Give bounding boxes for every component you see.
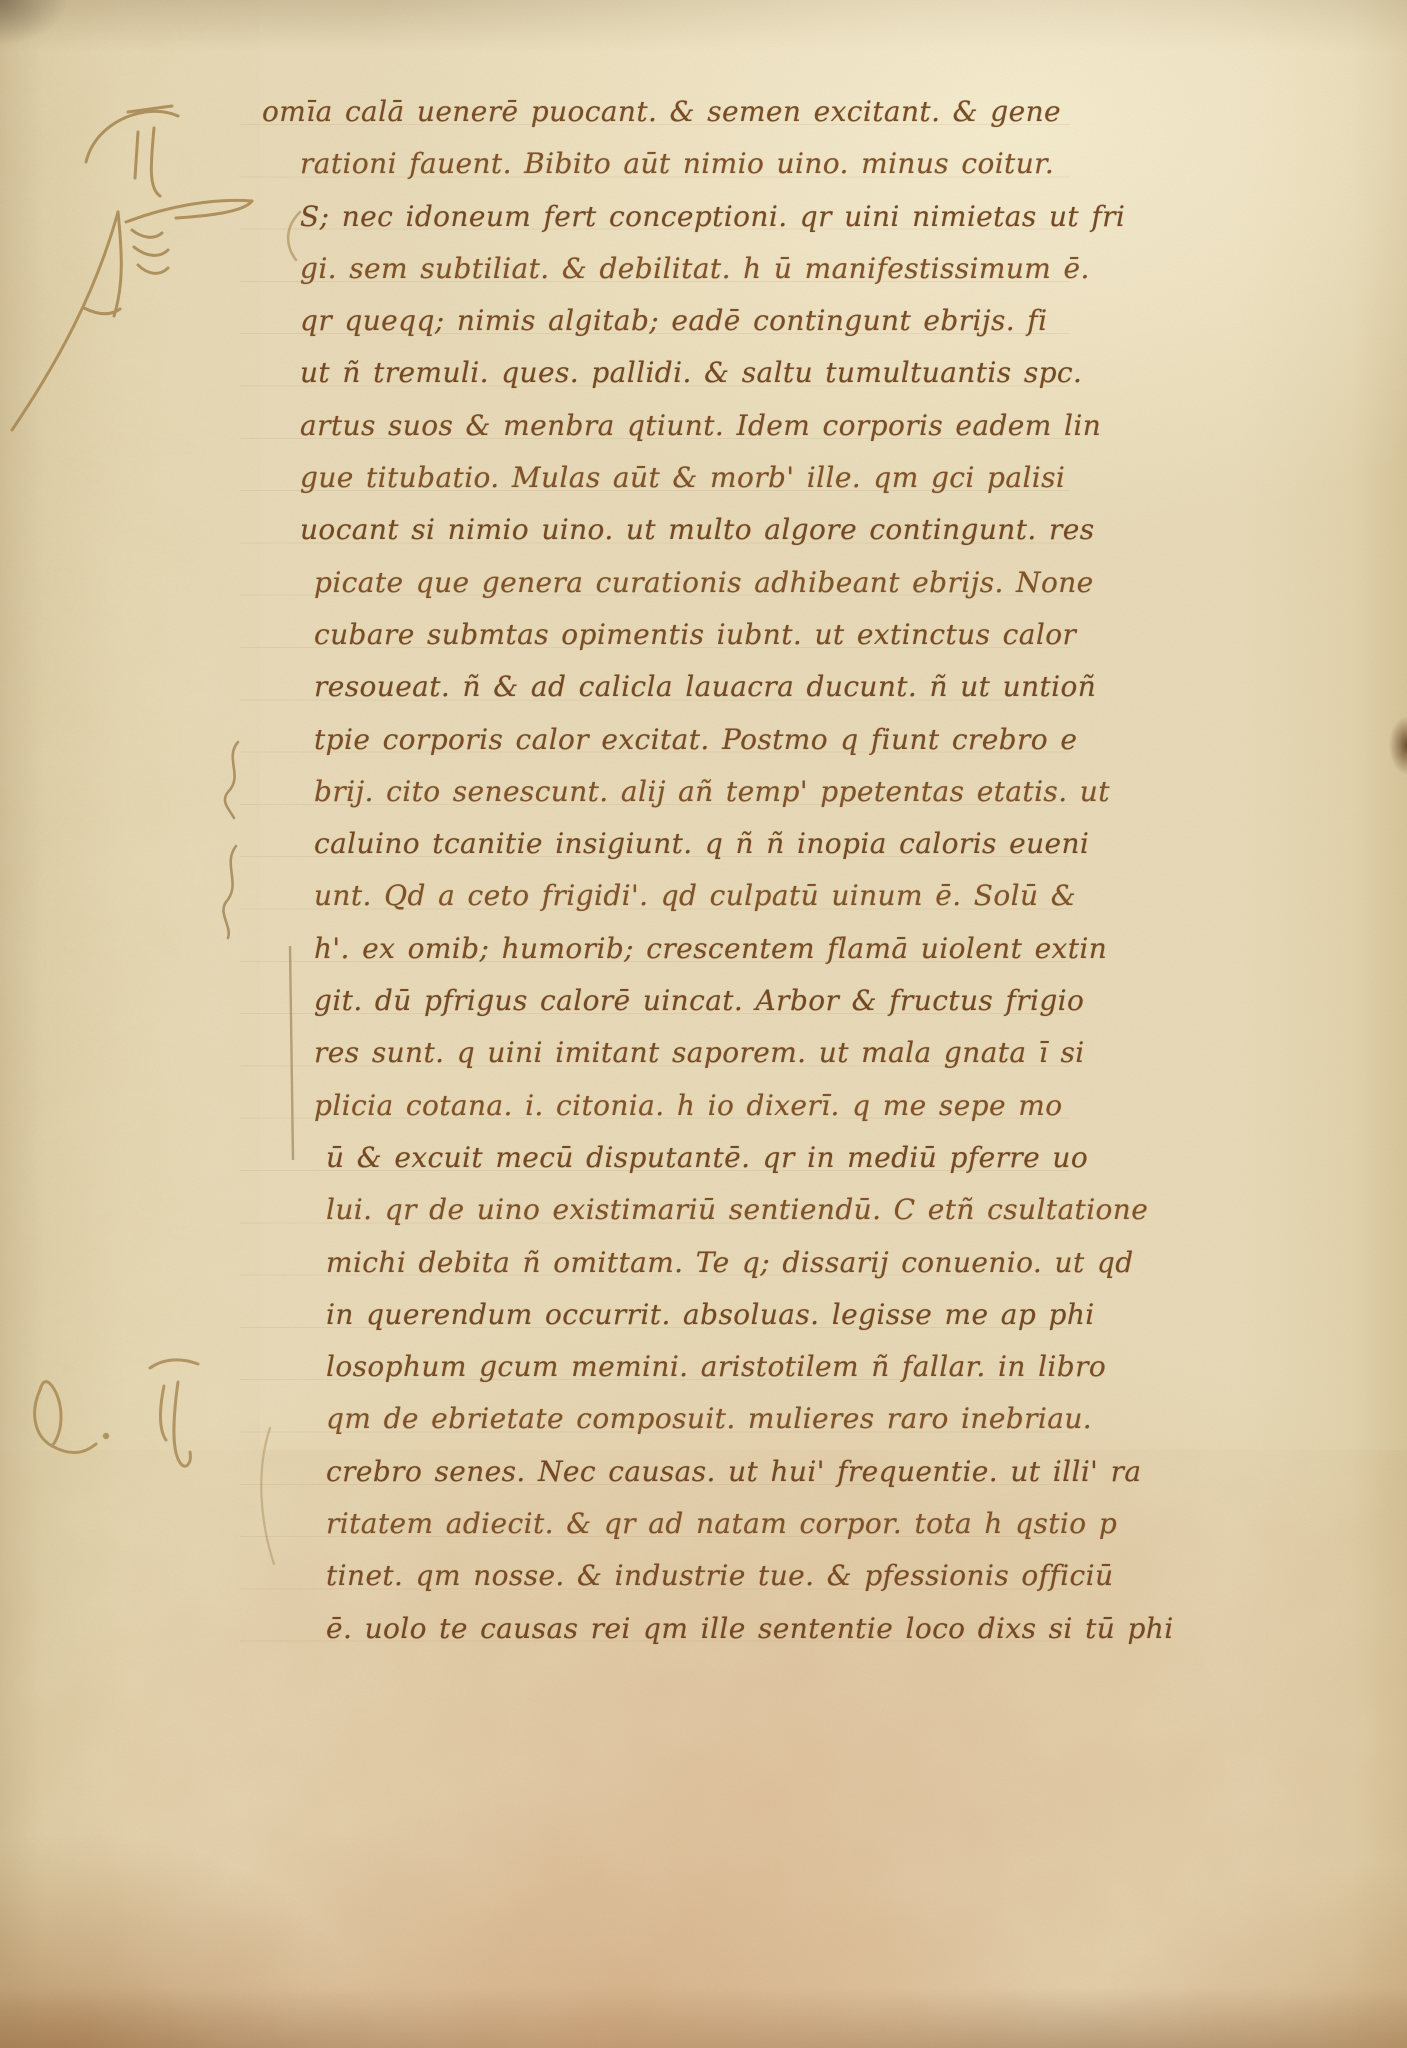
text-line: omīa calā uenerē puocant. & semen excita… [262, 86, 1040, 138]
text-line: picate que genera curationis adhibeant e… [314, 557, 1040, 609]
text-line: rationi fauent. Bibito aūt nimio uino. m… [300, 138, 1040, 190]
text-line: ritatem adiecit. & qr ad natam corpor. t… [326, 1498, 1040, 1550]
text-line: caluino tcanitie insigiunt. q ñ ñ inopia… [314, 818, 1040, 870]
text-line: res sunt. q uini imitant saporem. ut mal… [314, 1027, 1040, 1079]
text-line: resoueat. ñ & ad calicla lauacra ducunt.… [314, 661, 1040, 713]
text-line: ū & excuit mecū disputantē. qr in mediū … [326, 1132, 1040, 1184]
text-line: uocant si nimio uino. ut multo algore co… [300, 504, 1040, 556]
manicula-pointing-hand-icon [12, 106, 252, 430]
paragraph-hook-icon [288, 212, 300, 260]
text-line: artus suos & menbra qtiunt. Idem corpori… [300, 400, 1040, 452]
text-line: ut ñ tremuli. ques. pallidi. & saltu tum… [300, 347, 1040, 399]
text-line: unt. Qd a ceto frigidi'. qd culpatū uinu… [314, 870, 1040, 922]
text-line: gi. sem subtiliat. & debilitat. h ū mani… [300, 243, 1040, 295]
text-line: losophum gcum memini. aristotilem ñ fall… [326, 1341, 1040, 1393]
text-line: git. dū pfrigus calorē uincat. Arbor & f… [314, 975, 1040, 1027]
margin-brace-icon [223, 742, 238, 938]
text-line: S; nec idoneum fert conceptioni. qr uini… [300, 191, 1040, 243]
text-line: h'. ex omib; humorib; crescentem flamā u… [314, 923, 1040, 975]
margin-curve-mark [261, 1428, 274, 1564]
text-line: tinet. qm nosse. & industrie tue. & pfes… [326, 1550, 1040, 1602]
text-line: plicia cotana. i. citonia. h io dixerī. … [314, 1080, 1040, 1132]
text-line: in querendum occurrit. absoluas. legisse… [326, 1289, 1040, 1341]
text-line: qm de ebrietate composuit. mulieres raro… [326, 1393, 1040, 1445]
manuscript-page: omīa calā uenerē puocant. & semen excita… [0, 0, 1407, 2048]
text-line: lui. qr de uino existimariū sentiendū. C… [326, 1184, 1040, 1236]
text-line: cubare submtas opimentis iubnt. ut extin… [314, 609, 1040, 661]
text-block: omīa calā uenerē puocant. & semen excita… [300, 86, 1040, 1666]
text-line: qr queqq; nimis algitab; eadē contingunt… [300, 295, 1040, 347]
plummet-line [290, 946, 293, 1160]
text-line: gue titubatio. Mulas aūt & morb' ille. q… [300, 452, 1040, 504]
text-line: michi debita ñ omittam. Te q; dissarij c… [326, 1237, 1040, 1289]
text-line: tpie corporis calor excitat. Postmo q fi… [314, 714, 1040, 766]
text-line: ē. uolo te causas rei qm ille sententie … [326, 1603, 1040, 1655]
text-line: crebro senes. Nec causas. ut hui' freque… [326, 1446, 1040, 1498]
margin-nota-ij-icon [150, 1360, 198, 1466]
text-line: brij. cito senescunt. alij añ temp' ppet… [314, 766, 1040, 818]
margin-nota-leaf-icon [35, 1382, 110, 1453]
